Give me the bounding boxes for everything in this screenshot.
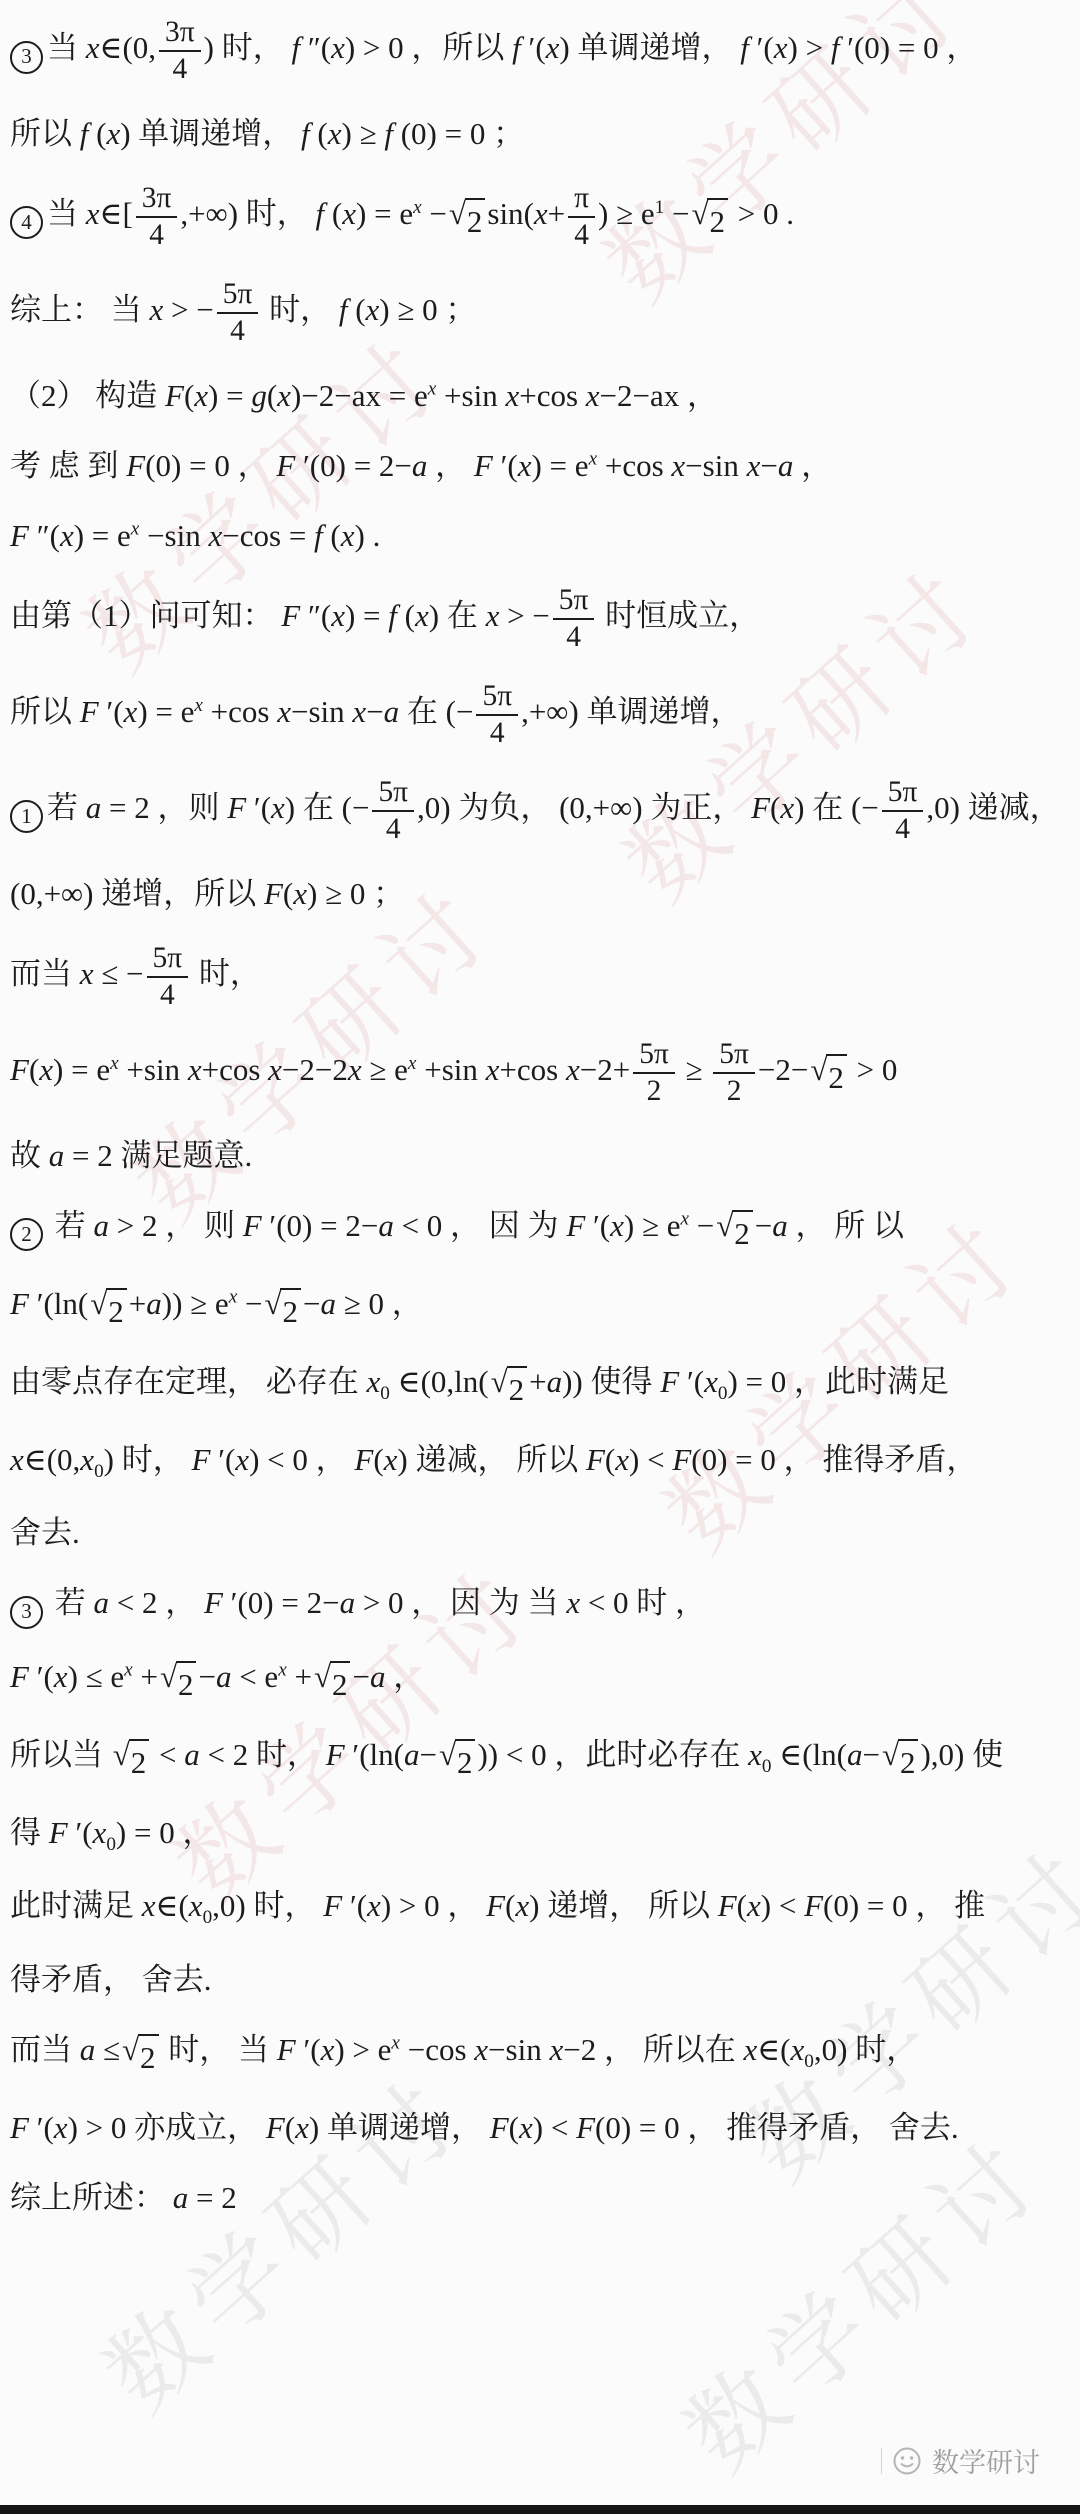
math-line-1: 3当 x∈(0,3π4) 时， f ″(x) > 0 ，所以 f ′(x) 单调…	[10, 16, 1070, 86]
math-line-28: 综上所述： a = 2	[10, 2176, 1070, 2220]
math-line-17: 由零点存在定理， 必存在 x0 ∈(0,ln(√2+a)) 使得 F ′(x0)…	[10, 1360, 1070, 1412]
footer-brand-label: 数学研讨	[932, 2441, 1040, 2480]
math-line-14: 故 a = 2 满足题意.	[10, 1134, 1070, 1178]
math-line-12: 而当 x ≤ −5π4 时，	[10, 942, 1070, 1012]
math-line-22: 所以当 √2 < a < 2 时， F ′(ln(a−√2)) < 0 ，此时必…	[10, 1733, 1070, 1785]
math-line-9: 所以 F ′(x) = ex +cos x−sin x−a 在 (−5π4,+∞…	[10, 680, 1070, 750]
math-line-24: 此时满足 x∈(x0,0) 时， F ′(x) > 0 ， F(x) 递增， 所…	[10, 1884, 1070, 1931]
math-line-15: 2 若 a > 2 ， 则 F ′(0) = 2−a < 0 ， 因 为 F ′…	[10, 1204, 1070, 1256]
math-line-6: 考 虑 到 F(0) = 0 ， F ′(0) = 2−a ， F ′(x) =…	[10, 444, 1070, 488]
math-line-2: 所以 f (x) 单调递增， f (x) ≥ f (0) = 0 ；	[10, 112, 1070, 156]
math-line-3: 4当 x∈[3π4,+∞) 时， f (x) = ex −√2sin(x+π4)…	[10, 182, 1070, 252]
footer-brand: 数学研讨	[881, 2441, 1040, 2480]
math-line-13: F(x) = ex +sin x+cos x−2−2x ≥ ex +sin x+…	[10, 1038, 1070, 1108]
math-line-5: （2） 构造 F(x) = g(x)−2−ax = ex +sin x+cos …	[10, 374, 1070, 418]
math-line-10: 1若 a = 2 ，则 F ′(x) 在 (−5π4,0) 为负， (0,+∞)…	[10, 776, 1070, 846]
math-line-21: F ′(x) ≤ ex +√2−a < ex +√2−a ，	[10, 1655, 1070, 1707]
math-line-16: F ′(ln(√2+a)) ≥ ex −√2−a ≥ 0 ，	[10, 1282, 1070, 1334]
math-line-25: 得矛盾， 舍去.	[10, 1958, 1070, 2002]
math-line-18: x∈(0,x0) 时， F ′(x) < 0 ， F(x) 递减， 所以 F(x…	[10, 1438, 1070, 1485]
math-line-20: 3 若 a < 2 ， F ′(0) = 2−a > 0 ， 因 为 当 x <…	[10, 1581, 1070, 1628]
math-line-19: 舍去.	[10, 1511, 1070, 1555]
math-line-4: 综上： 当 x > −5π4 时， f (x) ≥ 0 ；	[10, 278, 1070, 348]
footer-divider	[881, 2448, 882, 2474]
document-body: 3当 x∈(0,3π4) 时， f ″(x) > 0 ，所以 f ′(x) 单调…	[0, 0, 1080, 2220]
bottom-bar	[0, 2505, 1080, 2514]
brand-logo-icon	[891, 2445, 923, 2477]
math-line-27: F ′(x) > 0 亦成立， F(x) 单调递增， F(x) < F(0) =…	[10, 2106, 1070, 2150]
math-line-7: F ″(x) = ex −sin x−cos = f (x) .	[10, 514, 1070, 558]
math-line-23: 得 F ′(x0) = 0 ，	[10, 1811, 1070, 1858]
math-line-11: (0,+∞) 递增，所以 F(x) ≥ 0 ；	[10, 872, 1070, 916]
math-line-8: 由第（1）问可知： F ″(x) = f (x) 在 x > −5π4 时恒成立…	[10, 584, 1070, 654]
math-line-26: 而当 a ≤√2 时， 当 F ′(x) > ex −cos x−sin x−2…	[10, 2028, 1070, 2080]
